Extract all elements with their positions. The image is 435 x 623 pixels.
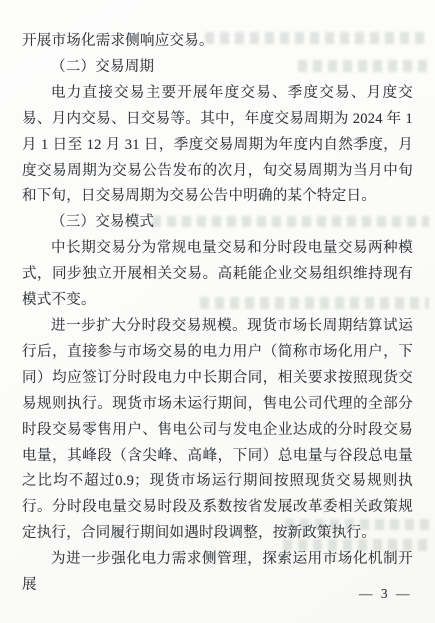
page-number: — 3 —	[359, 586, 412, 602]
document-body: 开展市场化需求侧响应交易。 （二）交易周期 电力直接交易主要开展年度交易、季度交…	[22, 29, 413, 599]
section-heading-2: （二）交易周期	[22, 55, 413, 81]
body-paragraph: 电力直接交易主要开展年度交易、季度交易、月度交易、月内交易、日交易等。其中，年度…	[22, 81, 413, 211]
continuation-paragraph: 开展市场化需求侧响应交易。	[22, 29, 413, 55]
section-heading-3: （三）交易模式	[22, 210, 413, 236]
body-paragraph: 进一步扩大分时段交易规模。现货市场长周期结算试运行后，直接参与市场交易的电力用户…	[22, 314, 413, 547]
body-paragraph: 为进一步强化电力需求侧管理，探索运用市场化机制开展	[22, 547, 413, 599]
body-paragraph: 中长期交易分为常规电量交易和分时段电量交易两种模式，同步独立开展相关交易。高耗能…	[22, 236, 413, 314]
scanned-document-page: 开展市场化需求侧响应交易。 （二）交易周期 电力直接交易主要开展年度交易、季度交…	[0, 0, 435, 623]
